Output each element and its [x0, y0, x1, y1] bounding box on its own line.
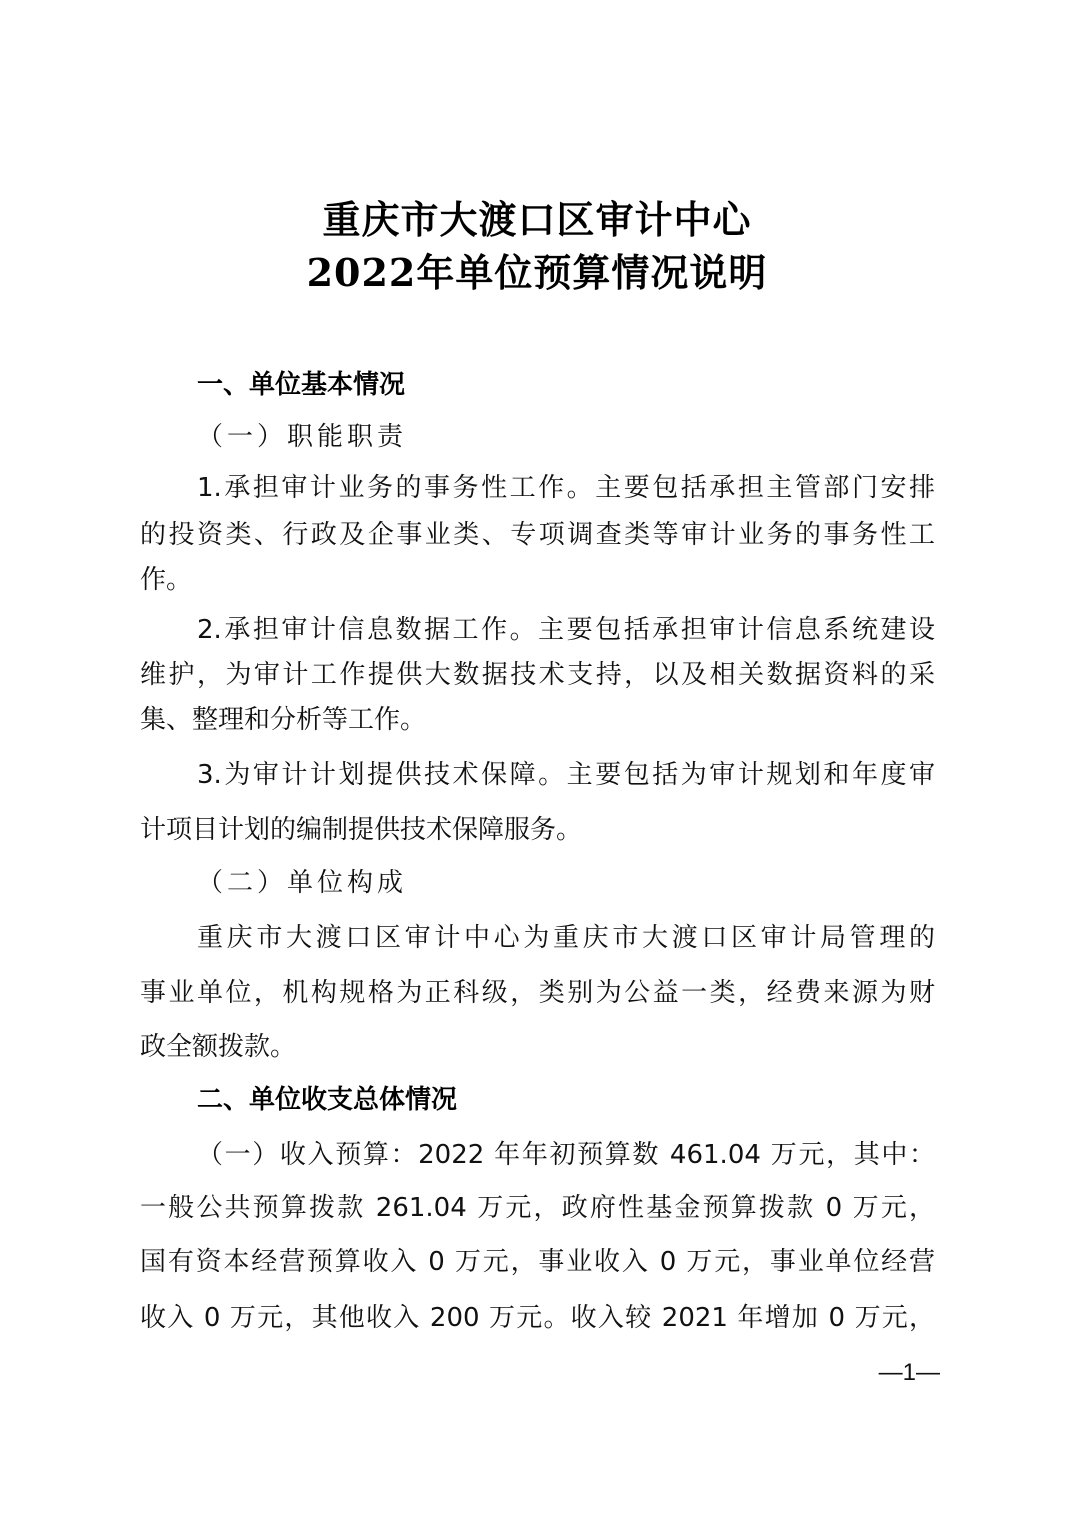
- subsection-heading-functions: （一）职能职责: [197, 417, 407, 457]
- paragraph-line: 1.承担审计业务的事务性工作。主要包括承担主管部门安排: [197, 468, 935, 508]
- page-number: —1—: [850, 1358, 940, 1388]
- document-title-line-1: 重庆市大渡口区审计中心: [0, 195, 1074, 245]
- paragraph-line: 收入 0 万元，其他收入 200 万元。收入较 2021 年增加 0 万元，: [140, 1298, 935, 1338]
- paragraph-line: 2.承担审计信息数据工作。主要包括承担审计信息系统建设: [197, 610, 935, 650]
- paragraph-line: 政全额拨款。: [140, 1027, 935, 1067]
- document-page: 重庆市大渡口区审计中心 2022年单位预算情况说明 一、单位基本情况 （一）职能…: [0, 0, 1074, 1520]
- section-heading-revenue-expenditure: 二、单位收支总体情况: [197, 1080, 457, 1120]
- subsection-heading-composition: （二）单位构成: [197, 863, 407, 903]
- section-heading-basic-info: 一、单位基本情况: [197, 365, 405, 405]
- paragraph-line: 集、整理和分析等工作。: [140, 700, 935, 740]
- paragraph-line: 3.为审计计划提供技术保障。主要包括为审计规划和年度审: [197, 755, 935, 795]
- paragraph-line: 维护，为审计工作提供大数据技术支持，以及相关数据资料的采: [140, 655, 935, 695]
- paragraph-line: 一般公共预算拨款 261.04 万元，政府性基金预算拨款 0 万元，: [140, 1188, 935, 1228]
- paragraph-line: （一）收入预算：2022 年年初预算数 461.04 万元，其中：: [197, 1135, 935, 1175]
- paragraph-line: 重庆市大渡口区审计中心为重庆市大渡口区审计局管理的: [197, 918, 935, 958]
- paragraph-line: 作。: [140, 560, 935, 600]
- paragraph-line: 计项目计划的编制提供技术保障服务。: [140, 810, 935, 850]
- paragraph-line: 国有资本经营预算收入 0 万元，事业收入 0 万元，事业单位经营: [140, 1242, 935, 1282]
- paragraph-line: 的投资类、行政及企事业类、专项调查类等审计业务的事务性工: [140, 515, 935, 555]
- paragraph-line: 事业单位，机构规格为正科级，类别为公益一类，经费来源为财: [140, 973, 935, 1013]
- document-title-line-2: 2022年单位预算情况说明: [0, 248, 1074, 298]
